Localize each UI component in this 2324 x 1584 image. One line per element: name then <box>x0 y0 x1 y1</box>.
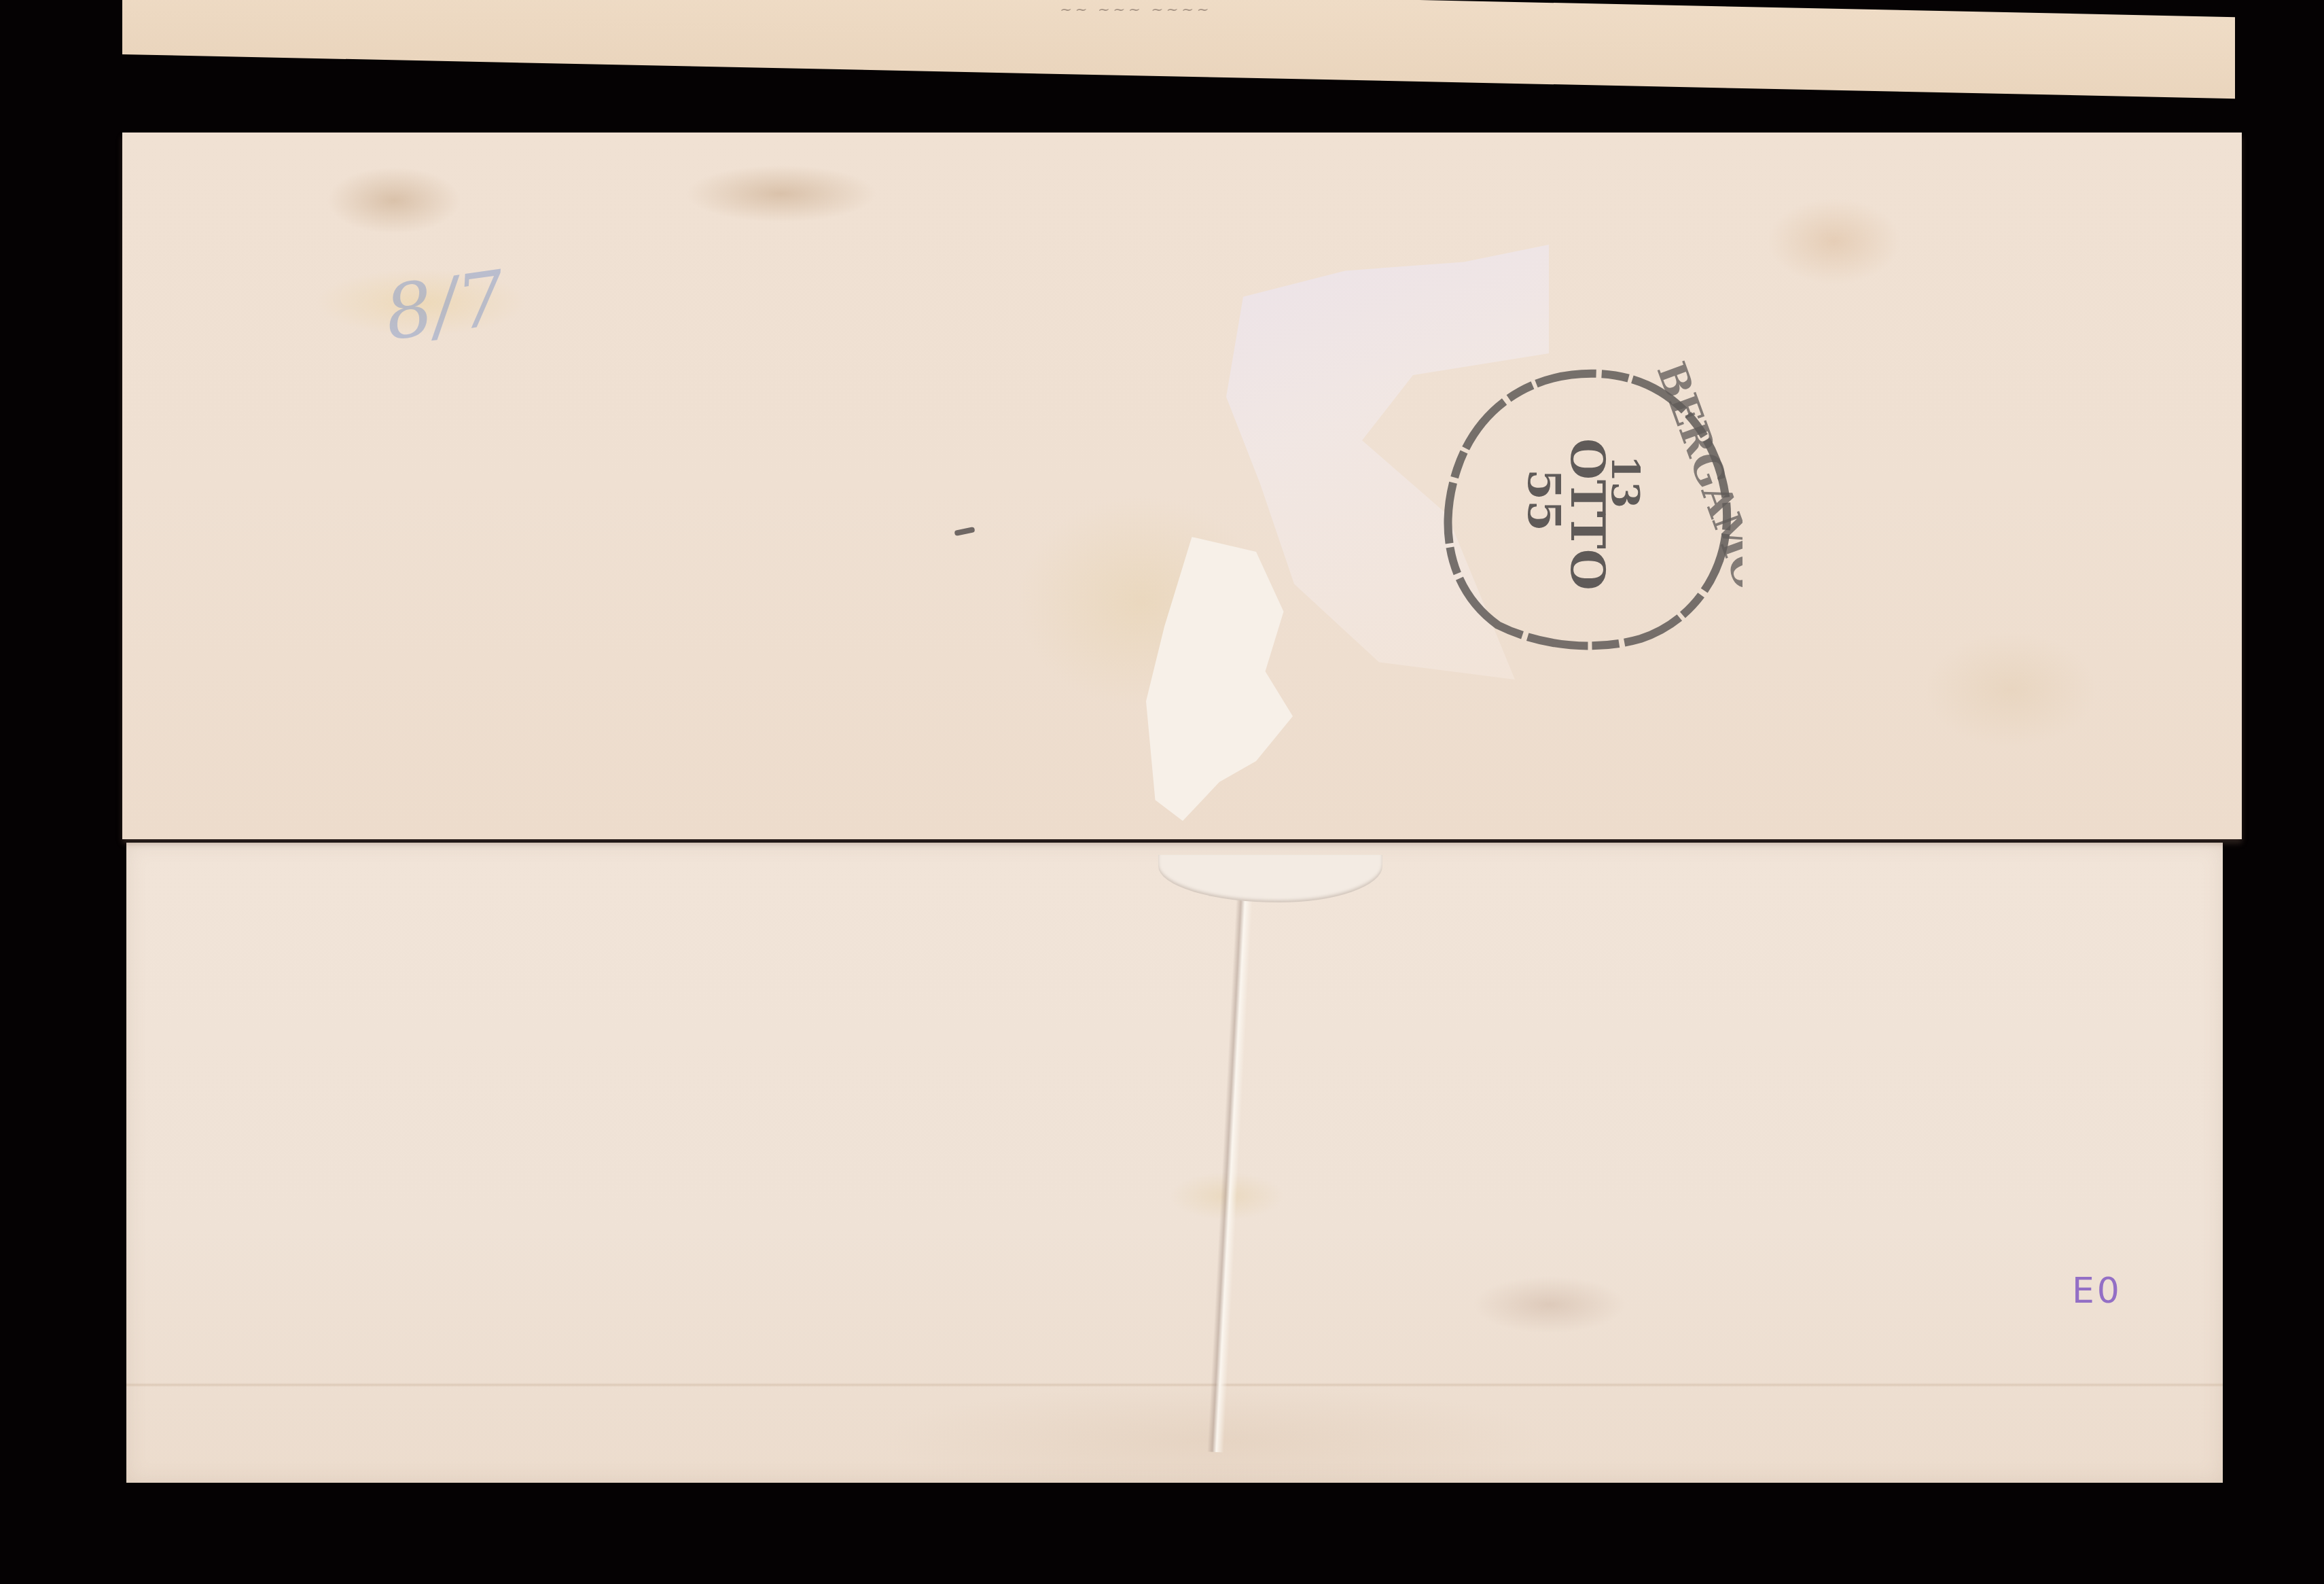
catalog-pencil-note: E0 <box>2072 1271 2122 1312</box>
bottom-fold-line <box>126 1383 2223 1387</box>
postmark-town: BERGAMO <box>1648 356 1742 596</box>
postmark-cancel: 13 OTTO 55 BERGAMO <box>1416 333 1742 652</box>
postmark-year: 55 <box>1518 469 1571 531</box>
postmark-frame-icon: 13 OTTO 55 BERGAMO <box>1416 333 1742 652</box>
adjacent-cover-handwriting: ~~ ~~~ ~~~~ <box>1060 1 1212 18</box>
